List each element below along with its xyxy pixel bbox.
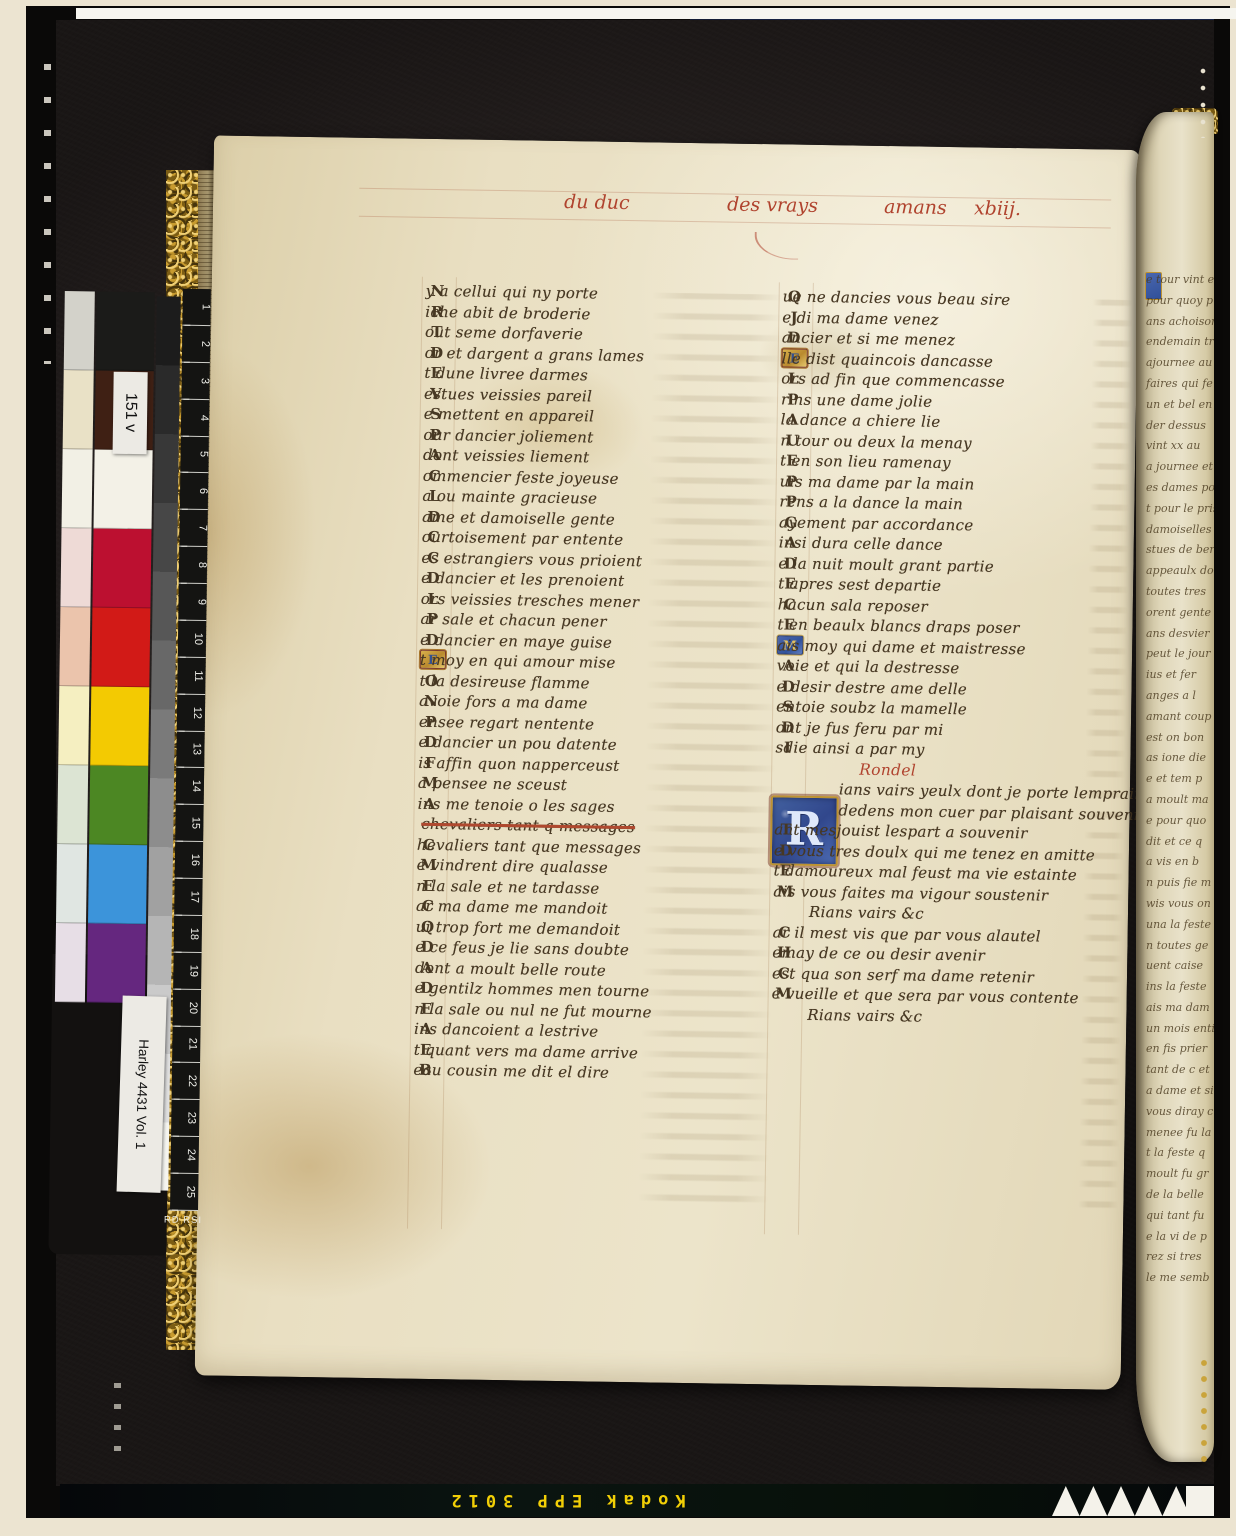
ruler-number: 11 xyxy=(192,670,204,682)
verse-text: a pensee ne sceust xyxy=(418,773,567,796)
verse-line: Isdie ainsi a par my xyxy=(775,737,1123,763)
color-patch xyxy=(58,686,89,765)
color-patch xyxy=(96,291,155,371)
ruler-number: 24 xyxy=(185,1149,197,1161)
ruler-number: 10 xyxy=(192,633,204,645)
verse-text: e di ma dame venez xyxy=(782,307,939,330)
next-folio-line: una la feste xyxy=(1146,915,1212,936)
ruler-segment: 10 xyxy=(178,621,207,658)
next-folio-line: t la feste q xyxy=(1146,1143,1212,1164)
ruler-segment: 22 xyxy=(172,1063,201,1100)
ruler-number: 20 xyxy=(187,1001,199,1013)
next-folio-line: a moult ma xyxy=(1146,790,1212,811)
ruler-number: 6 xyxy=(197,488,209,494)
ruler-number: 1 xyxy=(200,304,212,310)
next-folio-line: le me semb xyxy=(1146,1268,1212,1289)
color-patch xyxy=(94,449,153,529)
verse-text: rens a la dance la main xyxy=(779,491,963,514)
ruler-number: 9 xyxy=(195,599,207,605)
film-edge-marks xyxy=(44,64,51,364)
ruler-segment: 19 xyxy=(173,952,202,989)
color-patch xyxy=(57,765,88,844)
next-folio-line: appeaulx do xyxy=(1146,561,1212,582)
verse-text: avoie fors a ma dame xyxy=(419,691,588,714)
ruler-segment: 9 xyxy=(178,584,207,621)
ruler-segment: 21 xyxy=(172,1026,201,1063)
ruler-segment: 8 xyxy=(179,547,208,584)
ruler-number: 12 xyxy=(191,706,203,718)
ruler-number: 16 xyxy=(189,854,201,866)
next-folio-line: ius et fer xyxy=(1146,665,1212,686)
next-folio-line: orent gente xyxy=(1146,603,1212,624)
film-brand-text: Kodak EPP 3012 xyxy=(298,1490,832,1510)
next-folio-line: endemain tr xyxy=(1146,332,1212,353)
ruler-number: 25 xyxy=(184,1186,196,1198)
folio-number-label: 151 v xyxy=(113,372,148,454)
film-top-strip xyxy=(76,8,1236,19)
next-folio-line: e pour quo xyxy=(1146,811,1212,832)
ruler-segment: 1 xyxy=(182,289,211,326)
color-calibration-target: 1234567891011121314151617181920212223242… xyxy=(47,285,213,1277)
verse-text: a ou mainte gracieuse xyxy=(422,486,597,509)
ruler-number: 2 xyxy=(199,341,211,347)
next-folio-line: en fis prier xyxy=(1146,1039,1212,1060)
verse-column-left: Ny a cellui qui ny porteRiche abit de br… xyxy=(413,281,766,1086)
verse-text: ar sale et chacun pener xyxy=(420,609,607,632)
verse-text: la dance a chiere lie xyxy=(781,409,941,432)
ruler-segment: 3 xyxy=(181,362,210,399)
next-folio-line: as ione die xyxy=(1146,748,1212,769)
manuscript-page: du duc des vrays amans xbiij. Ny a cellu… xyxy=(195,135,1140,1389)
ruler-number: 4 xyxy=(198,414,210,420)
next-folio-line: moult fu gr xyxy=(1146,1164,1212,1185)
color-patch xyxy=(56,844,87,923)
verse-column-right: R Que ne dancies vous beau sireJe di ma … xyxy=(771,286,1131,1029)
verse-text: our dancier joliement xyxy=(423,424,593,447)
color-patch xyxy=(87,923,146,1003)
ruler-segment: 20 xyxy=(173,989,202,1026)
verse-text: t apres sest departie xyxy=(778,573,941,596)
ruler-segment: 17 xyxy=(174,879,203,916)
film-edge-marks-lower xyxy=(114,1383,121,1455)
next-folio-line: ans desvier xyxy=(1146,624,1212,645)
ruler-number: 14 xyxy=(190,780,202,792)
next-folio-line: qui tant fu xyxy=(1146,1206,1212,1227)
color-patch xyxy=(64,291,95,370)
ruler-number: 22 xyxy=(186,1075,198,1087)
verse-text: ins dancoient a lestrive xyxy=(414,1019,599,1042)
next-folio-line: vint xx au xyxy=(1146,436,1212,457)
ruler-segment: 5 xyxy=(180,436,209,473)
next-folio-line: n toutes ge xyxy=(1146,936,1212,957)
ruler-segment: 11 xyxy=(177,657,206,694)
ruler-number: 8 xyxy=(196,562,208,568)
color-patch xyxy=(89,765,148,845)
verse-text: n la sale et ne tardasse xyxy=(416,875,599,898)
verse-text: t en son lieu ramenay xyxy=(780,450,951,473)
ruler-segment: 7 xyxy=(179,510,208,547)
verse-text: rins une dame jolie xyxy=(781,389,933,412)
next-folio-edge: e tour vint epour quoy pans achoisonende… xyxy=(1136,112,1214,1462)
ruler-number: 21 xyxy=(186,1038,198,1050)
next-folio-line: ans achoison xyxy=(1146,312,1212,333)
ruler-segment: 2 xyxy=(182,326,211,363)
ruler-segment: 13 xyxy=(176,731,205,768)
ruler-segment: 25 xyxy=(170,1174,199,1211)
verse-text: sdie ainsi a par my xyxy=(775,737,924,760)
film-registration-dots xyxy=(1198,66,1208,138)
next-folio-line: stues de ber xyxy=(1146,540,1212,561)
verse-text: t dune livree darmes xyxy=(424,363,588,386)
next-folio-line: ins la feste xyxy=(1146,977,1212,998)
next-folio-line: pour quoy p xyxy=(1146,291,1212,312)
color-patch xyxy=(90,686,149,766)
verse-text: t la desireuse flamme xyxy=(419,670,590,693)
next-folio-line: uent caise xyxy=(1146,956,1212,977)
next-folio-line: e tour vint e xyxy=(1146,270,1212,291)
next-folio-line: vous diray c xyxy=(1146,1102,1212,1123)
ruler-number: 7 xyxy=(196,525,208,531)
running-title-part: amans xyxy=(884,196,947,219)
next-folio-line: der dessus xyxy=(1146,416,1212,437)
next-folio-line: n puis fie m xyxy=(1146,873,1212,894)
next-folio-line: toutes tres xyxy=(1146,582,1212,603)
verse-text: voie et qui la destresse xyxy=(777,655,960,678)
ruler-number: 23 xyxy=(185,1112,197,1124)
next-folio-line: anges a l xyxy=(1146,686,1212,707)
color-patch xyxy=(88,844,147,924)
next-folio-line: un et bel en xyxy=(1146,395,1212,416)
verse-text: y a cellui qui ny porte xyxy=(426,281,599,304)
verse-text: ont je fus feru par mi xyxy=(776,717,944,740)
next-folio-line: peut le jour xyxy=(1146,644,1212,665)
next-folio-line: rez si tres xyxy=(1146,1247,1212,1268)
next-folio-line: e la vi de p xyxy=(1146,1227,1212,1248)
next-folio-line: est on bon xyxy=(1146,728,1212,749)
ruler-segment: 23 xyxy=(171,1100,200,1137)
color-patch xyxy=(60,528,91,607)
color-patch xyxy=(55,923,86,1002)
ruler-segment: 6 xyxy=(180,473,209,510)
verse-text: Rians vairs &c xyxy=(807,1004,922,1026)
color-patch xyxy=(63,370,94,449)
next-folio-line: a vis en b xyxy=(1146,852,1212,873)
gilt-dots-folio-edge xyxy=(1197,1356,1211,1468)
verse-text: Rians vairs &c xyxy=(809,902,924,924)
next-folio-line: menee fu la xyxy=(1146,1123,1212,1144)
manuscript-photo-page: { "photo": { "film_label": "Kodak EPP 30… xyxy=(0,0,1236,1536)
next-folio-line: es dames po xyxy=(1146,478,1212,499)
ruler-number: 13 xyxy=(190,743,202,755)
next-folio-line: ais ma dam xyxy=(1146,998,1212,1019)
pen-flourish xyxy=(754,232,798,260)
ruler-segment: 16 xyxy=(175,842,204,879)
next-folio-line: de la belle xyxy=(1146,1185,1212,1206)
running-title-part: du duc xyxy=(564,191,630,214)
film-notch-corner xyxy=(1186,1486,1214,1516)
verse-text: out seme dorfaverie xyxy=(425,322,583,345)
next-folio-line: un mois enti xyxy=(1146,1019,1212,1040)
color-patch xyxy=(59,607,90,686)
verse-text: iche abit de broderie xyxy=(425,301,591,324)
verse-text: ancier et si me menez xyxy=(782,327,956,350)
ruler-segment: 4 xyxy=(181,399,210,436)
verse-text: eau cousin me dit el dire xyxy=(413,1060,609,1084)
next-folio-line: damoiselles xyxy=(1146,520,1212,541)
next-folio-line: dit et ce q xyxy=(1146,832,1212,853)
ruler-number: 15 xyxy=(189,817,201,829)
ruler-number: 18 xyxy=(188,928,200,940)
color-patch xyxy=(92,528,151,608)
next-folio-line: a dame et si xyxy=(1146,1081,1212,1102)
shelfmark-label: Harley 4431 Vol. 1 xyxy=(117,996,167,1193)
verse-line: Rians vairs &c xyxy=(771,1004,1119,1030)
verse-line: Beau cousin me dit el dire xyxy=(413,1060,753,1086)
color-patch xyxy=(62,449,93,528)
verse-text: dont veissies liement xyxy=(423,445,590,468)
next-folio-line: t pour le pris xyxy=(1146,499,1212,520)
ruler-segment: 14 xyxy=(176,768,205,805)
ruler-number: 19 xyxy=(187,964,199,976)
next-folio-line: wis vous on xyxy=(1146,894,1212,915)
ruler-segment: 24 xyxy=(171,1137,200,1174)
ruler-segment: 15 xyxy=(175,805,204,842)
running-title-folio-number: xbiij. xyxy=(974,197,1021,220)
next-folio-line: a journee et xyxy=(1146,457,1212,478)
ruler-number: 3 xyxy=(198,378,210,384)
verse-text: insi dura celle dance xyxy=(779,532,943,555)
ruler-number: 17 xyxy=(188,891,200,903)
verse-text: estues veissies pareil xyxy=(424,383,592,406)
ruler-segment: 12 xyxy=(177,694,206,731)
next-folio-text: e tour vint epour quoy pans achoisonende… xyxy=(1146,270,1212,1289)
verse-text: e mettent en appareil xyxy=(424,404,595,427)
next-folio-line: ajournee au xyxy=(1146,353,1212,374)
ruler-footer-text: RD RSI xyxy=(164,1215,208,1230)
verse-text: ensee regart nentente xyxy=(419,711,595,734)
running-title-part: des vrays xyxy=(727,194,818,217)
ruler-number: 5 xyxy=(197,451,209,457)
verse-text: hacun sala reposer xyxy=(778,594,928,617)
ruler-segment: 18 xyxy=(174,916,203,953)
next-folio-line: faires qui fe xyxy=(1146,374,1212,395)
film-brand-strip: Kodak EPP 3012 xyxy=(60,1484,1214,1517)
next-folio-line: e et tem p xyxy=(1146,769,1212,790)
next-folio-line: tant de c et xyxy=(1146,1060,1212,1081)
color-patch xyxy=(91,607,150,687)
next-folio-line: amant coup xyxy=(1146,707,1212,728)
